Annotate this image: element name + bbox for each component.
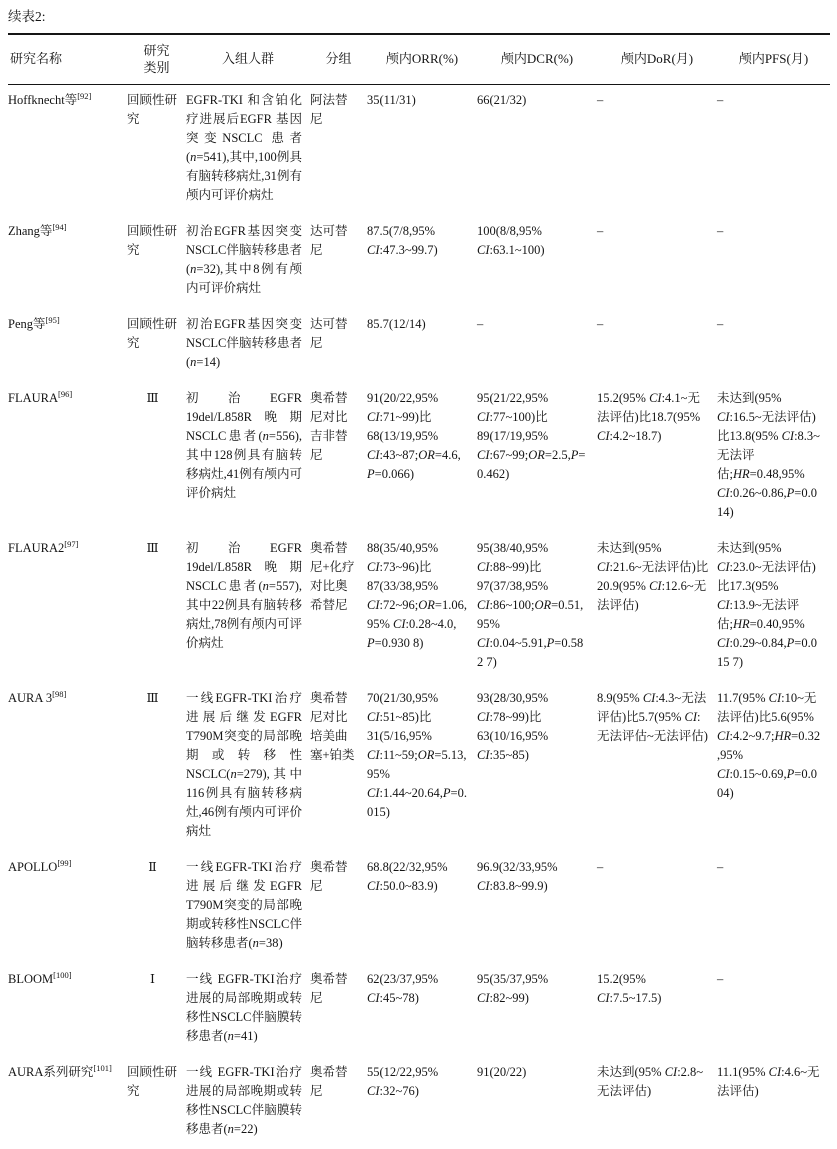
study-category-cell: 回顾性研究 <box>127 216 186 309</box>
column-header-study-category: 研究类别 <box>127 34 186 85</box>
intracranial-pfs-cell: – <box>717 964 830 1057</box>
intracranial-pfs-cell: – <box>717 852 830 964</box>
population-cell: 初治EGFR 19del/L858R晚期NSCLC患者(n=557),其中22例… <box>186 533 310 683</box>
column-header-group: 分组 <box>310 34 367 85</box>
table-row: Peng等[95] 回顾性研究 初治EGFR基因突变NSCLC伴脑转移患者(n=… <box>8 309 830 383</box>
intracranial-pfs-cell: – <box>717 309 830 383</box>
intracranial-dor-cell: – <box>597 309 717 383</box>
study-name-cell: AURA 3[98] <box>8 683 127 852</box>
group-cell: 奥希替尼+化疗对比奥希替尼 <box>310 533 367 683</box>
intracranial-pfs-cell: 11.7(95% CI:10~无法评估)比5.6(95% CI:4.2~9.7;… <box>717 683 830 852</box>
table-body: Hoffknecht等[92] 回顾性研究 EGFR-TKI 和含铂化疗进展后E… <box>8 84 830 1149</box>
intracranial-dcr-cell: 93(28/30,95% CI:78~99)比63(10/16,95% CI:3… <box>477 683 597 852</box>
study-name-cell: BLOOM[100] <box>8 964 127 1057</box>
table-row: Hoffknecht等[92] 回顾性研究 EGFR-TKI 和含铂化疗进展后E… <box>8 84 830 216</box>
intracranial-pfs-cell: – <box>717 216 830 309</box>
column-header-intracranial-dcr: 颅内DCR(%) <box>477 34 597 85</box>
intracranial-orr-cell: 87.5(7/8,95% CI:47.3~99.7) <box>367 216 477 309</box>
study-category-cell: Ⅰ <box>127 964 186 1057</box>
table-row: AURA系列研究[101] 回顾性研究 一线 EGFR-TKI治疗进展的局部晚期… <box>8 1057 830 1149</box>
intracranial-dcr-cell: 96.9(32/33,95% CI:83.8~99.9) <box>477 852 597 964</box>
table-row: APOLLO[99] Ⅱ 一线EGFR-TKI治疗进展后继发EGFR T790M… <box>8 852 830 964</box>
intracranial-orr-cell: 91(20/22,95% CI:71~99)比68(13/19,95% CI:4… <box>367 383 477 533</box>
intracranial-orr-cell: 68.8(22/32,95% CI:50.0~83.9) <box>367 852 477 964</box>
intracranial-dor-cell: – <box>597 852 717 964</box>
group-cell: 达可替尼 <box>310 216 367 309</box>
intracranial-orr-cell: 70(21/30,95% CI:51~85)比31(5/16,95% CI:11… <box>367 683 477 852</box>
study-category-cell: 回顾性研究 <box>127 84 186 216</box>
population-cell: 初治EGFR基因突变NSCLC伴脑转移患者(n=14) <box>186 309 310 383</box>
intracranial-orr-cell: 62(23/37,95% CI:45~78) <box>367 964 477 1057</box>
study-name-cell: Hoffknecht等[92] <box>8 84 127 216</box>
study-category-cell: Ⅲ <box>127 683 186 852</box>
intracranial-pfs-cell: 11.1(95% CI:4.6~无法评估) <box>717 1057 830 1149</box>
study-name-cell: FLAURA2[97] <box>8 533 127 683</box>
study-category-cell: Ⅲ <box>127 533 186 683</box>
group-cell: 奥希替尼 <box>310 1057 367 1149</box>
intracranial-dcr-cell: 95(21/22,95% CI:77~100)比89(17/19,95% CI:… <box>477 383 597 533</box>
table-row: Zhang等[94] 回顾性研究 初治EGFR基因突变NSCLC伴脑转移患者(n… <box>8 216 830 309</box>
intracranial-dor-cell: – <box>597 216 717 309</box>
intracranial-pfs-cell: – <box>717 84 830 216</box>
study-name-cell: Zhang等[94] <box>8 216 127 309</box>
group-cell: 奥希替尼对比吉非替尼 <box>310 383 367 533</box>
intracranial-dor-cell: 未达到(95% CI:2.8~无法评估) <box>597 1057 717 1149</box>
intracranial-pfs-cell: 未达到(95% CI:16.5~无法评估)比13.8(95% CI:8.3~无法… <box>717 383 830 533</box>
intracranial-orr-cell: 88(35/40,95% CI:73~96)比87(33/38,95% CI:7… <box>367 533 477 683</box>
table-continuation-label: 续表2: <box>8 8 830 26</box>
study-category-cell: Ⅲ <box>127 383 186 533</box>
population-cell: 一线EGFR-TKI治疗进展后继发EGFR T790M突变的局部晚期或转移性NS… <box>186 852 310 964</box>
population-cell: 初治EGFR基因突变NSCLC伴脑转移患者(n=32),其中8例有颅内可评价病灶 <box>186 216 310 309</box>
group-cell: 奥希替尼 <box>310 852 367 964</box>
study-category-cell: 回顾性研究 <box>127 1057 186 1149</box>
table-row: AURA 3[98] Ⅲ 一线EGFR-TKI治疗进展后继发EGFR T790M… <box>8 683 830 852</box>
study-category-cell: Ⅱ <box>127 852 186 964</box>
column-header-intracranial-pfs: 颅内PFS(月) <box>717 34 830 85</box>
intracranial-dcr-cell: 95(35/37,95% CI:82~99) <box>477 964 597 1057</box>
column-header-study-name: 研究名称 <box>8 34 127 85</box>
intracranial-dcr-cell: – <box>477 309 597 383</box>
table-row: BLOOM[100] Ⅰ 一线 EGFR-TKI治疗进展的局部晚期或转移性NSC… <box>8 964 830 1057</box>
population-cell: 一线EGFR-TKI治疗进展后继发EGFR T790M突变的局部晚期或转移性NS… <box>186 683 310 852</box>
intracranial-pfs-cell: 未达到(95% CI:23.0~无法评估)比17.3(95% CI:13.9~无… <box>717 533 830 683</box>
population-cell: 一线 EGFR-TKI治疗进展的局部晚期或转移性NSCLC伴脑膜转移患者(n=4… <box>186 964 310 1057</box>
intracranial-dcr-cell: 95(38/40,95% CI:88~99)比97(37/38,95% CI:8… <box>477 533 597 683</box>
intracranial-dor-cell: 8.9(95% CI:4.3~无法评估)比5.7(95% CI:无法评估~无法评… <box>597 683 717 852</box>
table-header-row: 研究名称 研究类别 入组人群 分组 颅内ORR(%) 颅内DCR(%) 颅内Do… <box>8 34 830 85</box>
intracranial-dcr-cell: 66(21/32) <box>477 84 597 216</box>
intracranial-dcr-cell: 100(8/8,95% CI:63.1~100) <box>477 216 597 309</box>
column-header-intracranial-dor: 颅内DoR(月) <box>597 34 717 85</box>
group-cell: 阿法替尼 <box>310 84 367 216</box>
column-header-study-category-text: 研究类别 <box>141 42 172 77</box>
population-cell: 一线 EGFR-TKI治疗进展的局部晚期或转移性NSCLC伴脑膜转移患者(n=2… <box>186 1057 310 1149</box>
table-row: FLAURA[96] Ⅲ 初治EGFR 19del/L858R晚期NSCLC患者… <box>8 383 830 533</box>
study-name-cell: APOLLO[99] <box>8 852 127 964</box>
intracranial-orr-cell: 35(11/31) <box>367 84 477 216</box>
group-cell: 达可替尼 <box>310 309 367 383</box>
paper-page: 续表2: 研究名称 研究类别 入组人群 分组 颅内ORR(%) 颅内DCR(%)… <box>0 0 837 1149</box>
intracranial-dor-cell: – <box>597 84 717 216</box>
study-name-cell: AURA系列研究[101] <box>8 1057 127 1149</box>
intracranial-orr-cell: 55(12/22,95% CI:32~76) <box>367 1057 477 1149</box>
group-cell: 奥希替尼对比培美曲塞+铂类 <box>310 683 367 852</box>
population-cell: 初治EGFR 19del/L858R晚期NSCLC患者(n=556),其中128… <box>186 383 310 533</box>
study-name-cell: Peng等[95] <box>8 309 127 383</box>
table-header: 研究名称 研究类别 入组人群 分组 颅内ORR(%) 颅内DCR(%) 颅内Do… <box>8 34 830 85</box>
column-header-population: 入组人群 <box>186 34 310 85</box>
intracranial-orr-cell: 85.7(12/14) <box>367 309 477 383</box>
clinical-studies-table: 研究名称 研究类别 入组人群 分组 颅内ORR(%) 颅内DCR(%) 颅内Do… <box>8 33 830 1149</box>
study-name-cell: FLAURA[96] <box>8 383 127 533</box>
column-header-intracranial-orr: 颅内ORR(%) <box>367 34 477 85</box>
study-category-cell: 回顾性研究 <box>127 309 186 383</box>
table-row: FLAURA2[97] Ⅲ 初治EGFR 19del/L858R晚期NSCLC患… <box>8 533 830 683</box>
population-cell: EGFR-TKI 和含铂化疗进展后EGFR 基因突变NSCLC 患者(n=541… <box>186 84 310 216</box>
intracranial-dcr-cell: 91(20/22) <box>477 1057 597 1149</box>
group-cell: 奥希替尼 <box>310 964 367 1057</box>
intracranial-dor-cell: 15.2(95% CI:7.5~17.5) <box>597 964 717 1057</box>
intracranial-dor-cell: 15.2(95% CI:4.1~无法评估)比18.7(95% CI:4.2~18… <box>597 383 717 533</box>
intracranial-dor-cell: 未达到(95% CI:21.6~无法评估)比20.9(95% CI:12.6~无… <box>597 533 717 683</box>
